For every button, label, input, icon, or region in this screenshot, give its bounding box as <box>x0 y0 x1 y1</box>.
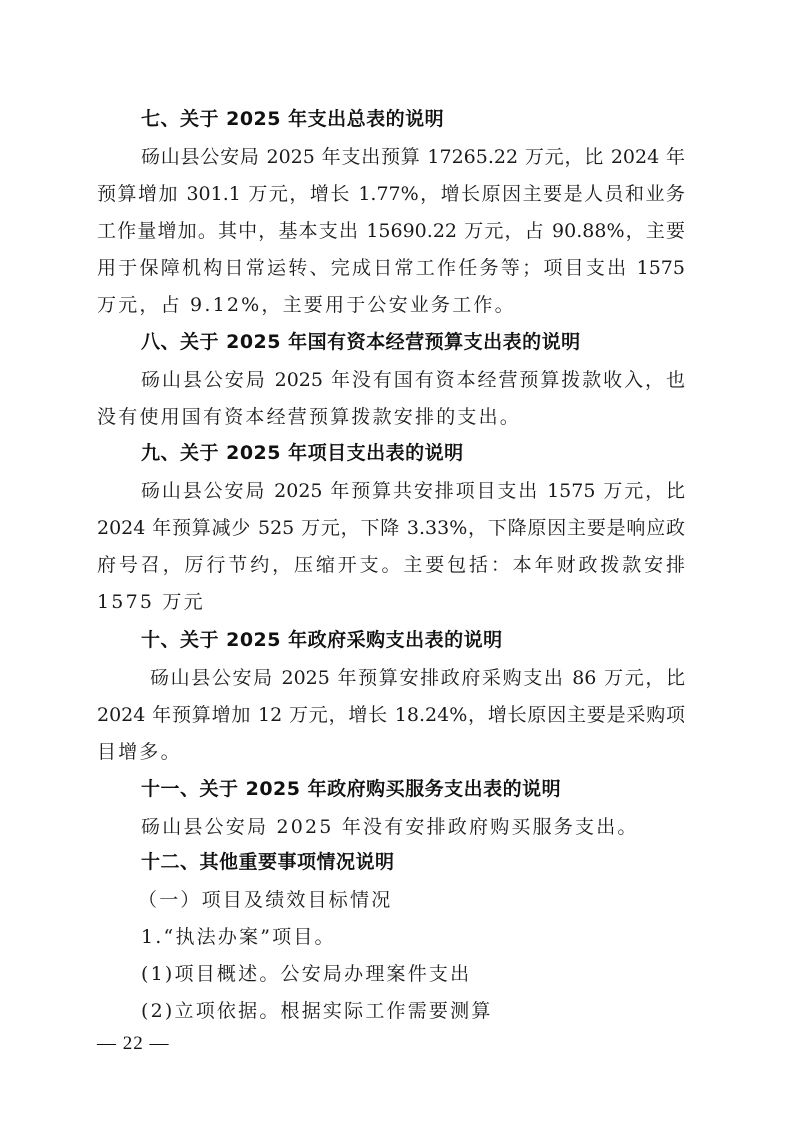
paragraph-line: 2024 年预算减少 525 万元，下降 3.33%，下降原因主要是响应政 <box>97 516 685 540</box>
paragraph-line: 砀山县公安局 2025 年预算安排政府采购支出 86 万元，比 <box>150 666 685 690</box>
section-heading-11: 十一、关于 2025 年政府购买服务支出表的说明 <box>141 777 561 801</box>
paragraph-line: 没有使用国有资本经营预算拨款安排的支出。 <box>97 405 685 429</box>
paragraph-line: 砀山县公安局 2025 年没有国有资本经营预算拨款收入，也 <box>141 368 685 392</box>
section-heading-7: 七、关于 2025 年支出总表的说明 <box>141 107 444 131</box>
project-overview: (1)项目概述。公安局办理案件支出 <box>141 962 729 986</box>
page-number: — 22 — <box>97 1033 170 1055</box>
paragraph-line: 万元，占 9.12%，主要用于公安业务工作。 <box>97 293 685 317</box>
section-heading-8: 八、关于 2025 年国有资本经营预算支出表的说明 <box>141 330 581 354</box>
section-heading-9: 九、关于 2025 年项目支出表的说明 <box>141 441 464 465</box>
paragraph-line: 用于保障机构日常运转、完成日常工作任务等；项目支出 1575 <box>97 256 685 280</box>
paragraph-line: 预算增加 301.1 万元，增长 1.77%，增长原因主要是人员和业务 <box>97 182 685 206</box>
section-heading-12: 十二、其他重要事项情况说明 <box>141 850 395 874</box>
project-title: 1.“执法办案”项目。 <box>141 925 729 949</box>
paragraph-line: 工作量增加。其中，基本支出 15690.22 万元，占 90.88%，主要 <box>97 219 685 243</box>
document-page: 七、关于 2025 年支出总表的说明 砀山县公安局 2025 年支出预算 172… <box>0 0 793 1122</box>
paragraph-line: 府号召，厉行节约，压缩开支。主要包括：本年财政拨款安排 <box>97 553 685 577</box>
paragraph-line: 砀山县公安局 2025 年支出预算 17265.22 万元，比 2024 年 <box>141 145 685 169</box>
section-heading-10: 十、关于 2025 年政府采购支出表的说明 <box>141 628 503 652</box>
paragraph-line: 2024 年预算增加 12 万元，增长 18.24%，增长原因主要是采购项 <box>97 703 685 727</box>
paragraph-line: 1575 万元 <box>97 590 685 614</box>
paragraph-line: 目增多。 <box>97 740 685 764</box>
paragraph-line: 砀山县公安局 2025 年没有安排政府购买服务支出。 <box>141 815 729 839</box>
paragraph-line: 砀山县公安局 2025 年预算共安排项目支出 1575 万元，比 <box>141 479 685 503</box>
project-basis: (2)立项依据。根据实际工作需要测算 <box>141 999 729 1023</box>
subsection-heading: （一）项目及绩效目标情况 <box>138 888 726 912</box>
